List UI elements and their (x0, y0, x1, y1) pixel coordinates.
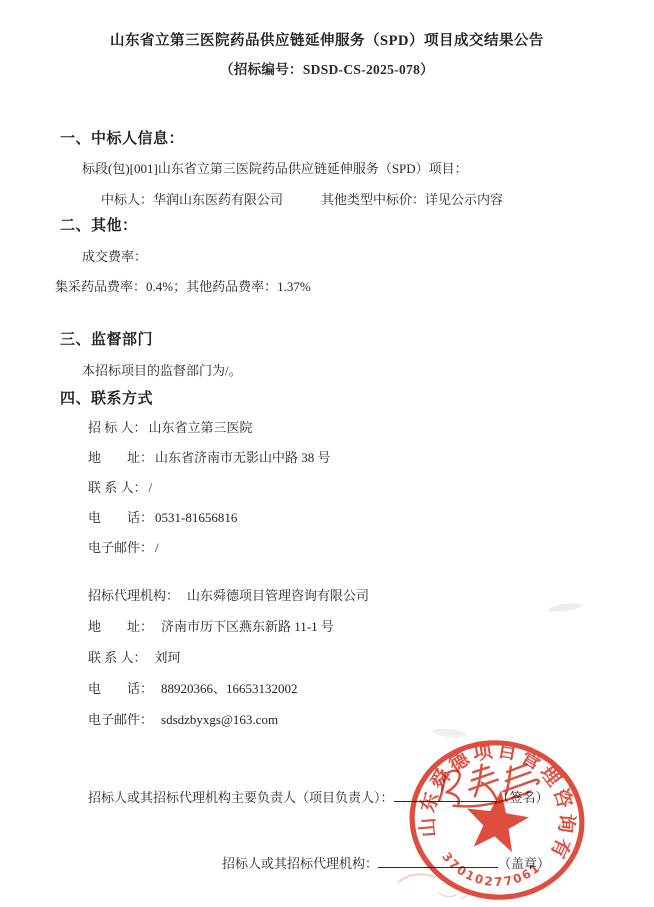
supervision-text: 本招标项目的监督部门为/。 (82, 363, 242, 379)
contact-label: 联 系 人： (88, 480, 147, 495)
contact-row: 电子邮件：sdsdzbyxgs@163.com (88, 712, 278, 728)
contact-label: 地 址： (88, 619, 153, 634)
winner-value: 华润山东医药有限公司 (153, 192, 283, 207)
section-1-heading: 一、中标人信息： (60, 130, 184, 148)
page-title: 山东省立第三医院药品供应链延伸服务（SPD）项目成交结果公告 (0, 33, 654, 50)
contact-value: 济南市历下区燕东新路 11-1 号 (161, 619, 334, 634)
section-4-heading: 四、联系方式 (60, 390, 153, 408)
contact-label: 电子邮件： (88, 712, 153, 727)
contact-value: 山东舜德项目管理咨询有限公司 (187, 588, 369, 603)
principal-label: 招标人或其招标代理机构主要负责人（项目负责人）： (88, 790, 394, 805)
contact-value: 山东省济南市无影山中路 38 号 (155, 450, 331, 465)
contact-label: 电子邮件： (88, 540, 153, 555)
price-type-label: 其他类型中标价： (321, 192, 425, 207)
document-page: 山东省立第三医院药品供应链延伸服务（SPD）项目成交结果公告 （招标编号：SDS… (0, 0, 654, 907)
scan-smudge (548, 602, 583, 614)
contact-row: 联 系 人：刘珂 (88, 650, 181, 666)
contact-row: 电 话：0531-81656816 (88, 510, 237, 526)
contact-value: 88920366、16653132002 (161, 681, 298, 696)
contact-value: 山东省立第三医院 (149, 420, 253, 435)
handwritten-signature (432, 756, 552, 812)
tender-number-subtitle: （招标编号：SDSD-CS-2025-078） (0, 62, 654, 78)
contact-label: 地 址： (88, 450, 153, 465)
contact-row: 招 标 人：山东省立第三医院 (88, 420, 253, 436)
contact-label: 招 标 人： (88, 420, 147, 435)
contact-label: 电 话： (88, 681, 153, 696)
fee-rate-detail: 集采药品费率：0.4%；其他药品费率：1.37% (55, 279, 311, 295)
price-type-value: 详见公示内容 (425, 192, 503, 207)
lot-line: 标段(包)[001]山东省立第三医院药品供应链延伸服务（SPD）项目： (82, 161, 468, 177)
contact-row: 电子邮件：/ (88, 540, 159, 556)
section-3-heading: 三、监督部门 (60, 331, 153, 349)
fee-rate-title: 成交费率： (82, 249, 147, 265)
contact-row: 招标代理机构：山东舜德项目管理咨询有限公司 (88, 588, 369, 604)
contact-row: 地 址：山东省济南市无影山中路 38 号 (88, 450, 331, 466)
winner-label: 中标人： (101, 192, 153, 207)
contact-value: 0531-81656816 (155, 510, 237, 525)
contact-label: 招标代理机构： (88, 588, 179, 603)
contact-value: sdsdzbyxgs@163.com (161, 712, 278, 727)
section-2-heading: 二、其他： (60, 217, 138, 235)
contact-row: 电 话：88920366、16653132002 (88, 681, 298, 697)
contact-value: / (155, 540, 159, 555)
org-label: 招标人或其招标代理机构： (222, 856, 378, 871)
contact-row: 联 系 人：/ (88, 480, 152, 496)
contact-value: / (149, 480, 153, 495)
contact-label: 联 系 人： (88, 650, 147, 665)
winner-line: 中标人：华润山东医药有限公司其他类型中标价：详见公示内容 (101, 192, 503, 208)
contact-row: 地 址：济南市历下区燕东新路 11-1 号 (88, 619, 334, 635)
contact-label: 电 话： (88, 510, 153, 525)
scan-smudge (393, 866, 483, 906)
contact-value: 刘珂 (155, 650, 181, 665)
